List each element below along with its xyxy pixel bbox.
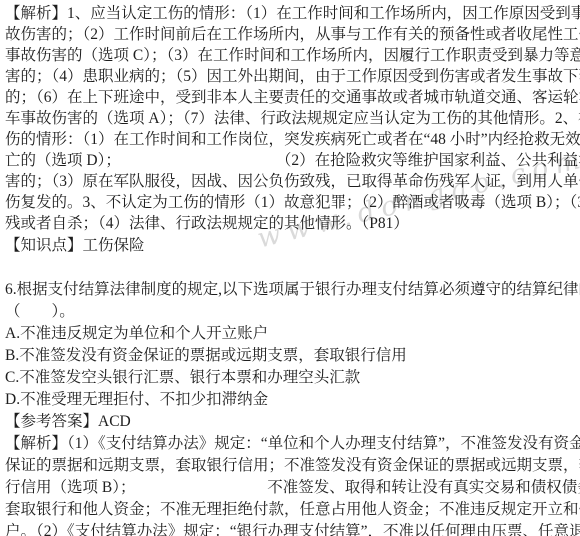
- knowledge-point: 【知识点】工伤保险: [5, 235, 580, 256]
- question-6: 6.根据支付结算法律制度的规定,以下选项属于银行办理支付结算必须遵守的结算纪律的…: [5, 279, 580, 536]
- answer-analysis-line: 保证的票据和远期支票，套取银行信用；不准签发没有资金保证的票据或远期支票，套取银: [5, 455, 580, 477]
- answer-analysis-line: 【解析】（1）《支付结算办法》规定：“单位和个人办理支付结算”，不准签发没有资金: [5, 433, 580, 455]
- option-a: A.不准违反规定为单位和个人开立账户: [5, 323, 580, 345]
- analysis-line: 亡的（选项 D）； （2）在抢险救灾等维护国家利益、公共利益活动中受到伤: [5, 150, 580, 171]
- option-b: B.不准签发没有资金保证的票据或远期支票，套取银行信用: [5, 345, 580, 367]
- previous-question-analysis: 【解析】1、应当认定工伤的情形：（1）在工作时间和工作场所内，因工作原因受到事 …: [5, 3, 580, 256]
- analysis-line: 【解析】1、应当认定工伤的情形：（1）在工作时间和工作场所内，因工作原因受到事: [5, 3, 580, 24]
- analysis-line: 害的；（4）患职业病的；（5）因工外出期间，由于工作原因受到伤害或者发生事故下落…: [5, 66, 580, 87]
- document-content: 【解析】1、应当认定工伤的情形：（1）在工作时间和工作场所内，因工作原因受到事 …: [5, 3, 580, 536]
- question-stem-line: 6.根据支付结算法律制度的规定,以下选项属于银行办理支付结算必须遵守的结算纪律的…: [5, 279, 580, 301]
- analysis-line: 车事故伤害的（选项 A）；（7）法律、行政法规规定应当认定为工伤的其他情形。2、…: [5, 108, 580, 129]
- answer-analysis-line: 套取银行和他人资金；不准无理拒绝付款，任意占用他人资金；不准违反规定开立和使用账: [5, 499, 580, 521]
- analysis-line: 故伤害的；（2）工作时间前后在工作场所内，从事与工作有关的预备性或者收尾性工作受…: [5, 24, 580, 45]
- question-blank-parens: （ ）。: [5, 301, 580, 323]
- analysis-line: 伤复发的。3、不认定为工伤的情形（1）故意犯罪；（2）醉酒或者吸毒（选项 B）；…: [5, 192, 580, 213]
- analysis-line: 残或者自杀；（4）法律、行政法规规定的其他情形。（P81）: [5, 213, 580, 234]
- reference-answer: 【参考答案】ACD: [5, 411, 580, 433]
- analysis-line: 事故伤害的（选项 C）；（3）在工作时间和工作场所内，因履行工作职责受到暴力等意…: [5, 45, 580, 66]
- analysis-line: 害的；（3）原在军队服役，因战、因公负伤致残，已取得革命伤残军人证，到用人单位后…: [5, 171, 580, 192]
- document-page: www.dongao.com 【解析】1、应当认定工伤的情形：（1）在工作时间和…: [0, 0, 580, 536]
- analysis-line: 的；（6）在上下班途中，受到非本人主要责任的交通事故或者城市轨道交通、客运轮渡、…: [5, 87, 580, 108]
- analysis-line: 伤的情形：（1）在工作时间和工作岗位，突发疾病死亡或者在“48 小时”内经抢救无…: [5, 129, 580, 150]
- option-d: D.不准受理无理拒付、不扣少扣滞纳金: [5, 389, 580, 411]
- answer-analysis-line: 户。（2）《支付结算办法》规定：“银行办理支付结算”，不准以任何理由压票、任意退…: [5, 521, 580, 536]
- option-c: C.不准签发空头银行汇票、银行本票和办理空头汇款: [5, 367, 580, 389]
- answer-analysis-line: 行信用（选项 B）； 不准签发、取得和转让没有真实交易和债权债务的票据，: [5, 477, 580, 499]
